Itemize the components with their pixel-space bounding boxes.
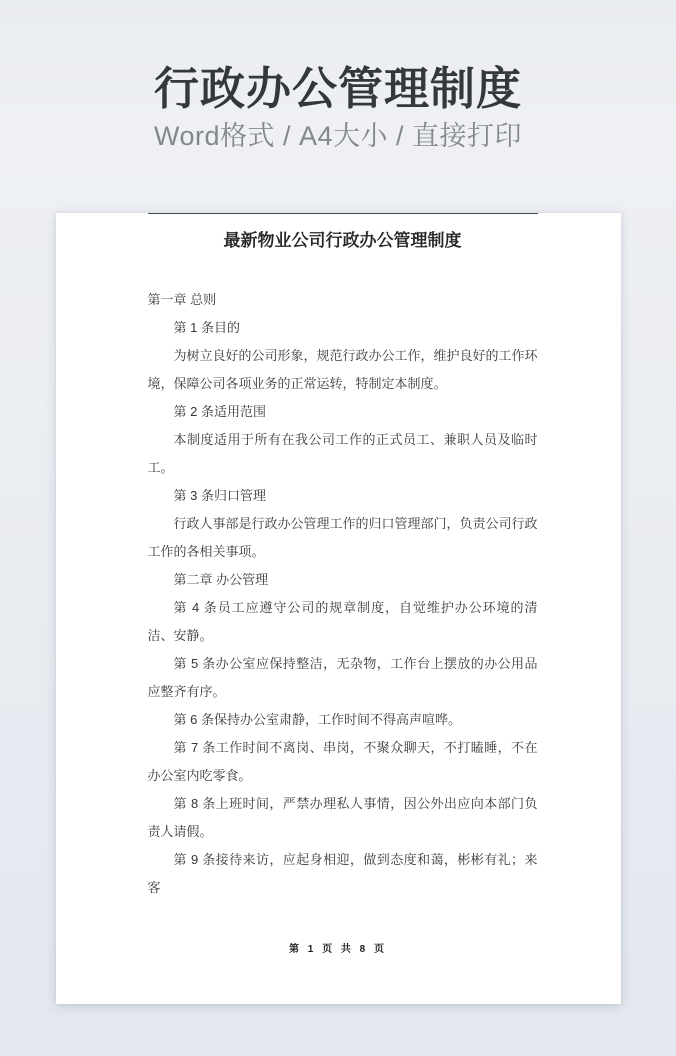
header-title: 行政办公管理制度 xyxy=(0,63,676,115)
document-paragraph: 第 6 条保持办公室肃静，工作时间不得高声喧哗。 xyxy=(148,706,538,734)
document-paragraph: 第 2 条适用范围 xyxy=(148,398,538,426)
document-paragraph: 第 7 条工作时间不离岗、串岗，不聚众聊天，不打瞌睡，不在办公室内吃零食。 xyxy=(148,734,538,790)
header: 行政办公管理制度 Word格式 / A4大小 / 直接打印 xyxy=(0,0,676,151)
header-subtitle: Word格式 / A4大小 / 直接打印 xyxy=(0,121,676,151)
document-title: 最新物业公司行政办公管理制度 xyxy=(148,229,538,253)
document-paragraph: 第 4 条员工应遵守公司的规章制度，自觉维护办公环境的清洁、安静。 xyxy=(148,594,538,650)
document-paragraph: 第 9 条接待来访，应起身相迎，做到态度和蔼，彬彬有礼；来客 xyxy=(148,846,538,902)
document-paragraph: 为树立良好的公司形象，规范行政办公工作，维护良好的工作环境，保障公司各项业务的正… xyxy=(148,342,538,398)
document-page: 最新物业公司行政办公管理制度 第一章 总则第 1 条目的为树立良好的公司形象，规… xyxy=(56,213,621,1004)
document-paragraph: 行政人事部是行政办公管理工作的归口管理部门，负责公司行政工作的各相关事项。 xyxy=(148,510,538,566)
document-paragraph: 第 1 条目的 xyxy=(148,314,538,342)
document-divider xyxy=(148,213,538,214)
document-paragraph: 第 5 条办公室应保持整洁，无杂物，工作台上摆放的办公用品应整齐有序。 xyxy=(148,650,538,706)
document-paragraph: 第一章 总则 xyxy=(148,286,538,314)
document-paragraph: 第二章 办公管理 xyxy=(148,566,538,594)
page-number: 第 1 页 共 8 页 xyxy=(56,944,621,956)
document-paragraph: 本制度适用于所有在我公司工作的正式员工、兼职人员及临时工。 xyxy=(148,426,538,482)
document-paragraph: 第 8 条上班时间，严禁办理私人事情，因公外出应向本部门负责人请假。 xyxy=(148,790,538,846)
document-body: 第一章 总则第 1 条目的为树立良好的公司形象，规范行政办公工作，维护良好的工作… xyxy=(148,286,538,902)
document-paragraph: 第 3 条归口管理 xyxy=(148,482,538,510)
